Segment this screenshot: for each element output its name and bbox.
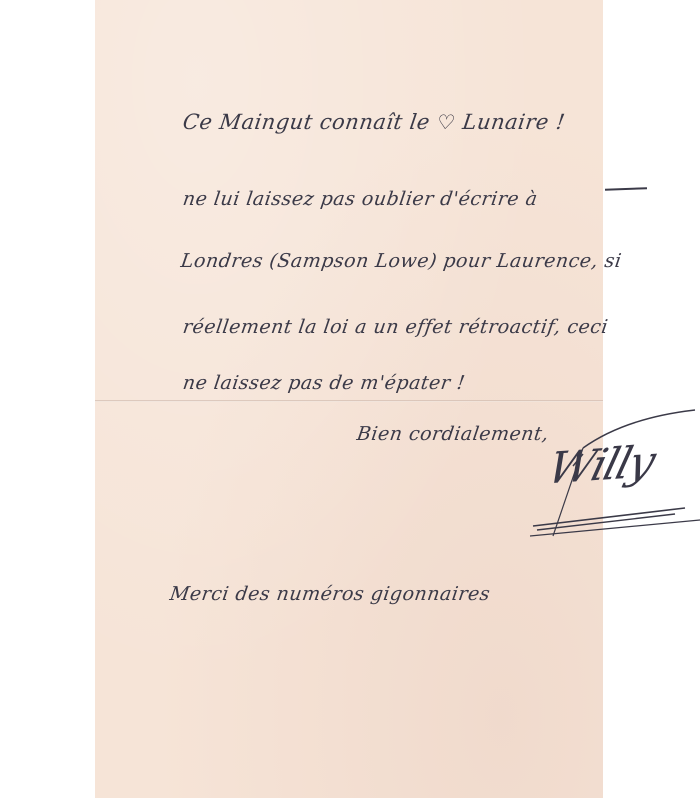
letter-line-3: Londres (Sampson Lowe) pour Laurence, si: [179, 250, 623, 272]
signature: Willy: [542, 437, 659, 495]
line-1-text-start: Ce Maingut connaît le: [181, 110, 439, 134]
letter-line-4: réellement la loi a un effet rétroactif,…: [181, 316, 609, 338]
postscript: Merci des numéros gigonnaires: [168, 583, 491, 605]
paper-fold-line: [95, 400, 603, 402]
line-1-text-end: Lunaire !: [454, 110, 567, 134]
letter-line-1: Ce Maingut connaît le ♡ Lunaire !: [181, 110, 566, 134]
letter-paper: Ce Maingut connaît le ♡ Lunaire ! ne lui…: [95, 0, 603, 798]
macron-stroke: [605, 187, 647, 190]
letter-line-2: ne lui laissez pas oublier d'écrire à: [181, 188, 539, 210]
letter-line-5: ne laissez pas de m'épater !: [181, 372, 466, 394]
